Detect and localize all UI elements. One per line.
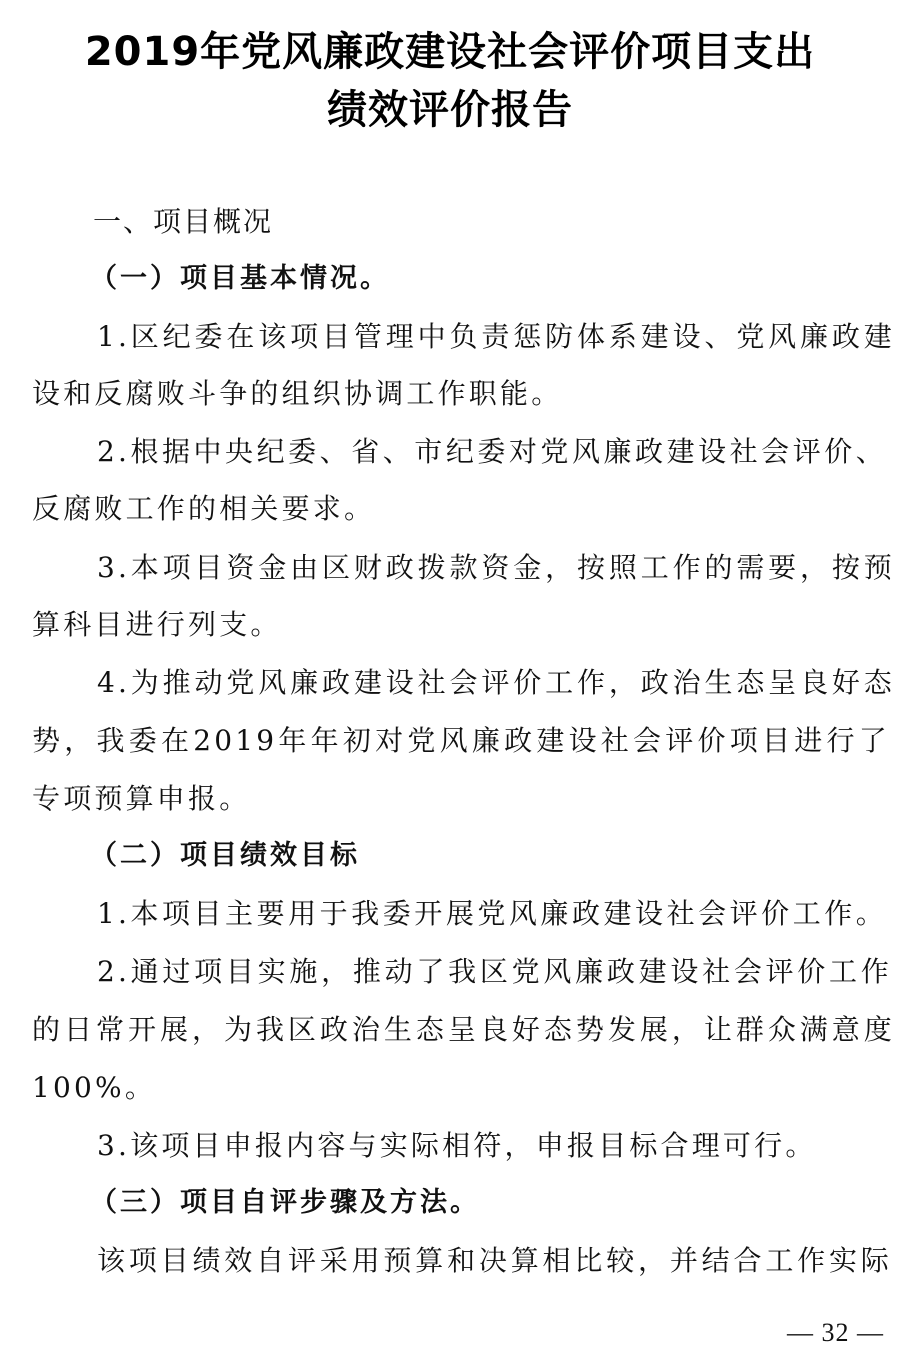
- subsection-heading-performance-goals: （二）项目绩效目标: [90, 833, 360, 872]
- paragraph-line: 1.区纪委在该项目管理中负责惩防体系建设、党风廉政建: [97, 315, 895, 355]
- document-title-line-2: 绩效评价报告: [0, 78, 900, 135]
- section-heading-overview: 一、项目概况: [93, 200, 273, 240]
- page-number: — 32 —: [787, 1318, 884, 1348]
- paragraph-line: 1.本项目主要用于我委开展党风廉政建设社会评价工作。: [97, 892, 887, 932]
- subsection-heading-basic-info: （一）项目基本情况。: [90, 256, 390, 295]
- paragraph-line: 反腐败工作的相关要求。: [32, 487, 375, 527]
- paragraph-line: 2.根据中央纪委、省、市纪委对党风廉政建设社会评价、: [97, 430, 887, 470]
- paragraph-line: 设和反腐败斗争的组织协调工作职能。: [32, 372, 562, 412]
- paragraph-line: 算科目进行列支。: [32, 603, 282, 643]
- paragraph-line: 专项预算申报。: [32, 777, 250, 817]
- paragraph-line: 3.本项目资金由区财政拨款资金，按照工作的需要，按预: [97, 546, 895, 586]
- paragraph-line: 3.该项目申报内容与实际相符，申报目标合理可行。: [97, 1124, 817, 1164]
- paragraph-line: 100%。: [32, 1066, 156, 1106]
- document-title-line-1: 2019年党风廉政建设社会评价项目支出: [0, 20, 900, 77]
- paragraph-line: 的日常开展，为我区政治生态呈良好态势发展，让群众满意度: [32, 1008, 895, 1048]
- paragraph-line: 4.为推动党风廉政建设社会评价工作，政治生态呈良好态: [97, 661, 895, 701]
- paragraph-line: 2.通过项目实施，推动了我区党风廉政建设社会评价工作: [97, 950, 892, 990]
- subsection-heading-self-evaluation: （三）项目自评步骤及方法。: [90, 1180, 480, 1219]
- paragraph-line: 势，我委在2019年年初对党风廉政建设社会评价项目进行了: [32, 719, 890, 759]
- paragraph-line: 该项目绩效自评采用预算和决算相比较，并结合工作实际: [97, 1239, 892, 1279]
